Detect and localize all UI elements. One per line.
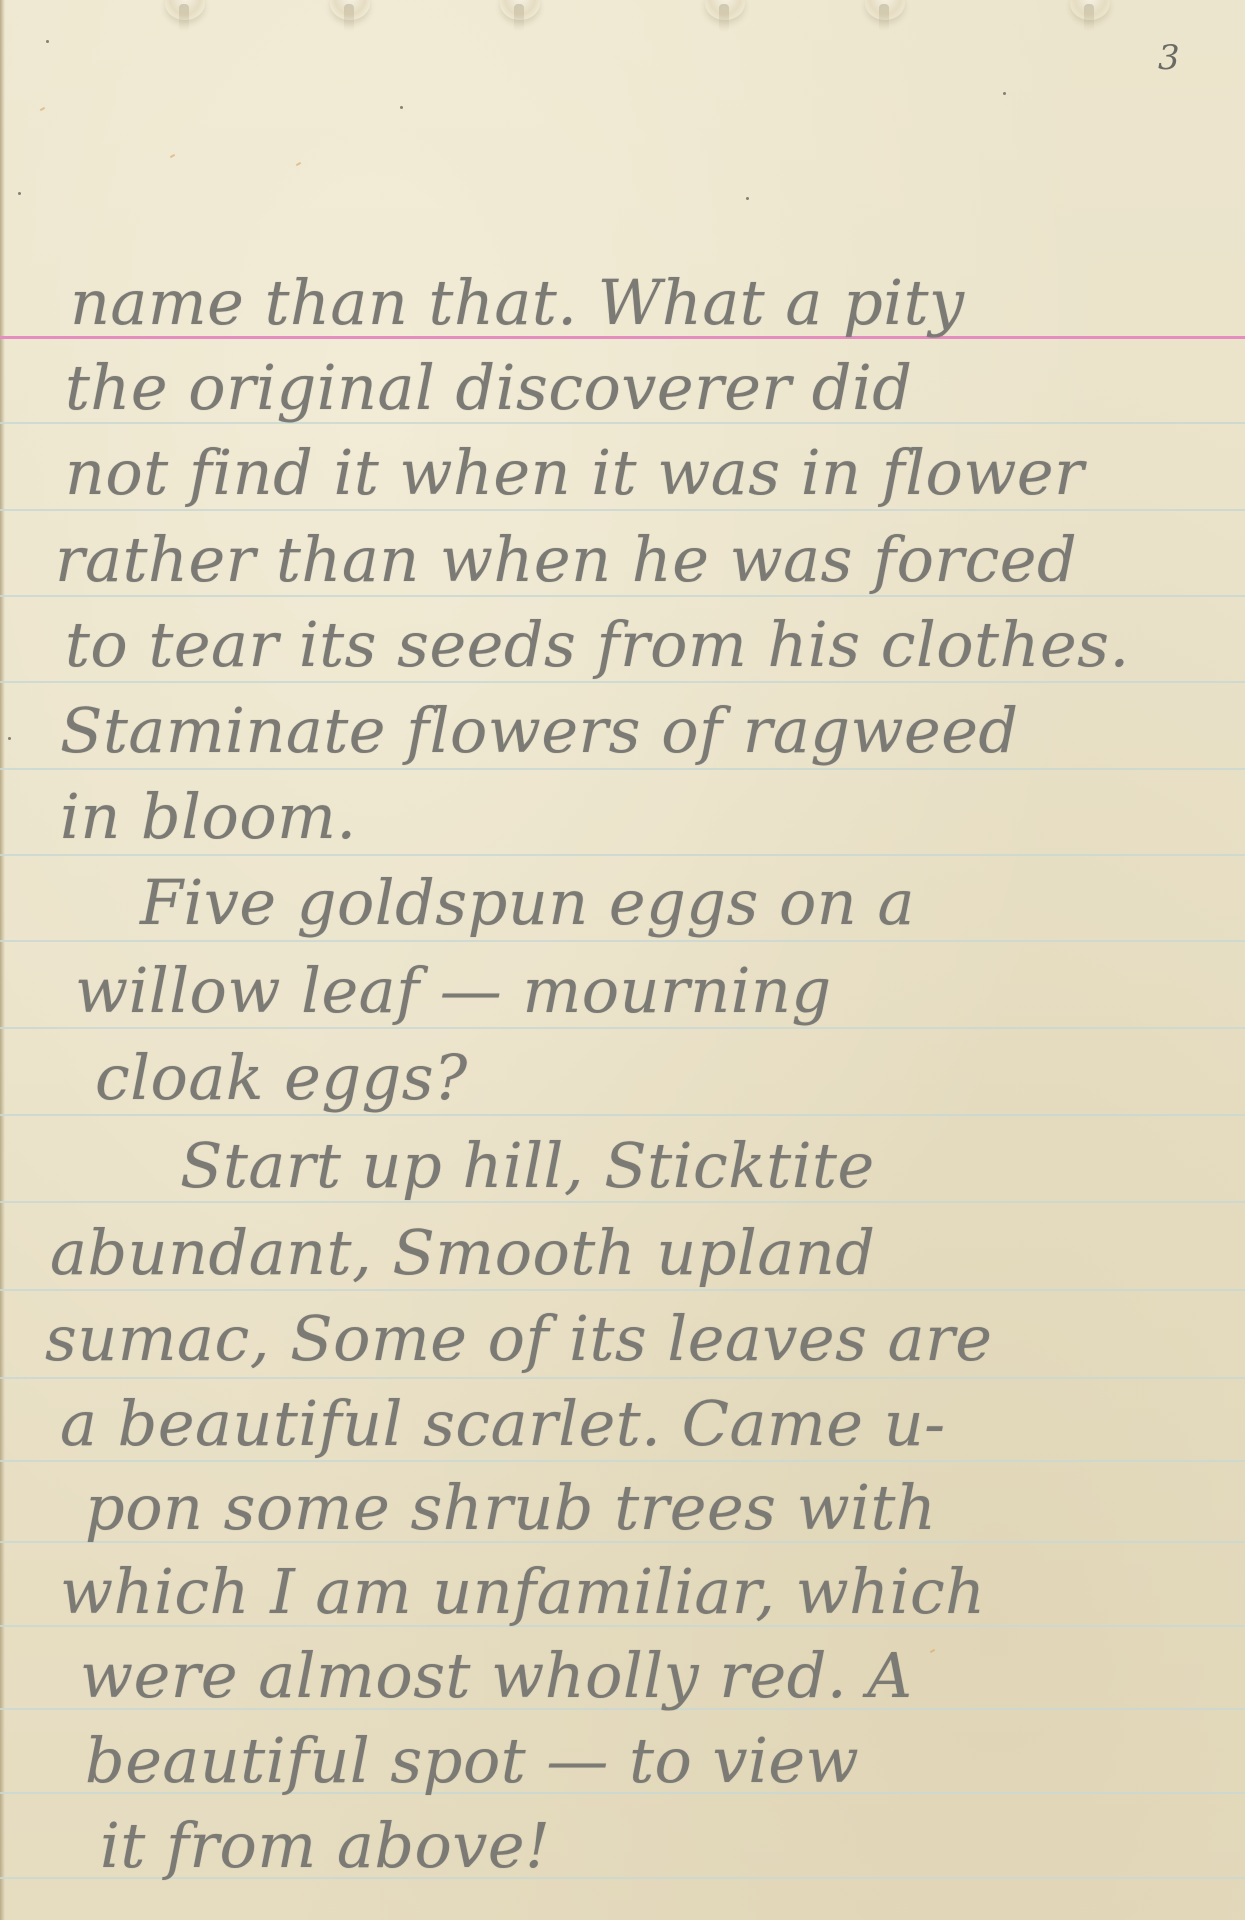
binding-hole-icon bbox=[705, 0, 745, 20]
handwritten-line: were almost wholly red. A bbox=[80, 1645, 913, 1707]
handwritten-line: it from above! bbox=[100, 1815, 550, 1877]
ruled-line bbox=[0, 1027, 1245, 1029]
paper-speck bbox=[746, 197, 749, 200]
paper-speck bbox=[1003, 92, 1006, 95]
paper-speck bbox=[400, 106, 403, 109]
ruled-line bbox=[0, 509, 1245, 511]
handwritten-line: which I am unfamiliar, which bbox=[60, 1561, 986, 1623]
ruled-line bbox=[0, 940, 1245, 942]
paper-speck bbox=[18, 192, 21, 195]
ruled-line bbox=[0, 768, 1245, 770]
binding-hole-icon bbox=[865, 0, 905, 20]
page-number: 3 bbox=[1158, 38, 1180, 78]
binding-hole-icon bbox=[165, 0, 205, 20]
binding-hole-icon bbox=[1070, 0, 1110, 20]
handwritten-line: pon some shrub trees with bbox=[85, 1477, 936, 1539]
handwritten-line: name than that. What a pity bbox=[70, 272, 965, 334]
ruled-line bbox=[0, 1460, 1245, 1462]
handwritten-line: Staminate flowers of ragweed bbox=[60, 700, 1019, 762]
paper-fiber bbox=[170, 154, 175, 158]
ruled-line bbox=[0, 854, 1245, 856]
notebook-page: 3 name than that. What a pity the origin… bbox=[0, 0, 1245, 1920]
paper-fiber bbox=[930, 1649, 935, 1653]
handwritten-line: Start up hill, Sticktite bbox=[180, 1135, 875, 1197]
handwritten-line: a beautiful scarlet. Came u- bbox=[60, 1393, 946, 1455]
handwritten-line: cloak eggs? bbox=[95, 1047, 468, 1109]
handwritten-line: Five goldspun eggs on a bbox=[140, 872, 915, 934]
handwritten-line: rather than when he was forced bbox=[55, 529, 1077, 591]
binding-hole-icon bbox=[330, 0, 370, 20]
handwritten-line: abundant, Smooth upland bbox=[50, 1222, 875, 1284]
handwritten-line: to tear its seeds from his clothes. bbox=[65, 614, 1130, 676]
paper-speck bbox=[46, 40, 49, 43]
handwritten-line: willow leaf — mourning bbox=[75, 960, 832, 1022]
ruled-line bbox=[0, 1289, 1245, 1291]
paper-speck bbox=[8, 737, 11, 740]
spiral-binding-perforations bbox=[0, 0, 1245, 40]
ruled-line bbox=[0, 681, 1245, 683]
handwritten-line: beautiful spot — to view bbox=[85, 1730, 859, 1792]
page-left-edge-shadow bbox=[0, 0, 5, 1920]
ruled-line bbox=[0, 1114, 1245, 1116]
handwritten-line: sumac, Some of its leaves are bbox=[45, 1308, 992, 1370]
handwritten-line: in bloom. bbox=[60, 786, 357, 848]
handwritten-line: not find it when it was in flower bbox=[65, 442, 1084, 504]
paper-fiber bbox=[40, 107, 45, 111]
paper-fiber bbox=[296, 162, 301, 166]
binding-hole-icon bbox=[500, 0, 540, 20]
handwritten-line: the original discoverer did bbox=[65, 357, 912, 419]
ruled-line bbox=[0, 1377, 1245, 1379]
